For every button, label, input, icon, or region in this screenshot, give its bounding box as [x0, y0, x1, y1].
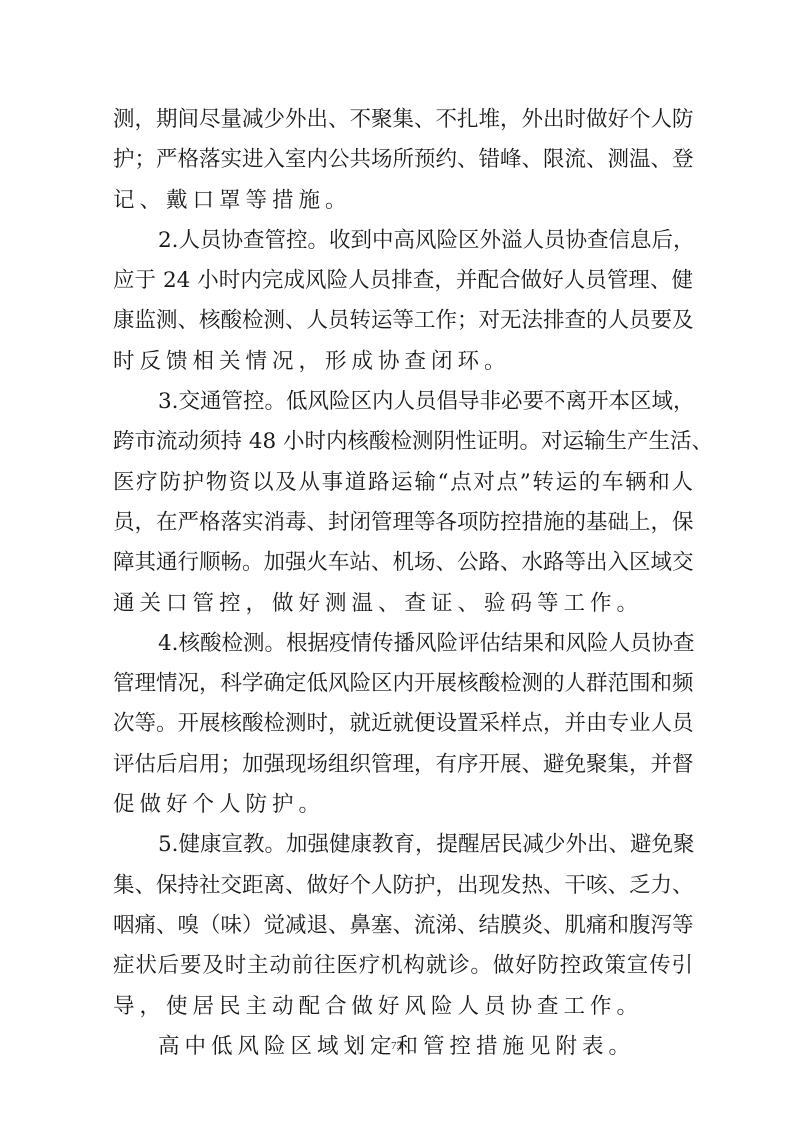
- paragraph-nucleic-acid-testing: 4.核酸检测。根据疫情传播风险评估结果和风险人员协查 管理情况，科学确定低风险区…: [113, 624, 693, 825]
- text-line: 时反馈相关情况，形成协查闭环。: [113, 342, 693, 382]
- text-line: 4.核酸检测。根据疫情传播风险评估结果和风险人员协查: [113, 624, 693, 664]
- paragraph-personnel-check: 2.人员协查管控。收到中高风险区外溢人员协查信息后， 应于 24 小时内完成风险…: [113, 221, 693, 382]
- text-line: 通关口管控，做好测温、查证、验码等工作。: [113, 584, 693, 624]
- paragraph-traffic-control: 3.交通管控。低风险区内人员倡导非必要不离开本区域， 跨市流动须持 48 小时内…: [113, 382, 693, 624]
- text-line: 导，使居民主动配合做好风险人员协查工作。: [113, 987, 693, 1027]
- text-line: 障其通行顺畅。加强火车站、机场、公路、水路等出入区域交: [113, 543, 693, 583]
- text-line: 管理情况，科学确定低风险区内开展核酸检测的人群范围和频: [113, 664, 693, 704]
- text-line: 应于 24 小时内完成风险人员排查，并配合做好人员管理、健: [113, 261, 693, 301]
- page-number: 73: [0, 1040, 793, 1052]
- text-line: 测，期间尽量减少外出、不聚集、不扎堆，外出时做好个人防: [113, 100, 693, 140]
- text-line: 跨市流动须持 48 小时内核酸检测阴性证明。对运输生产生活、: [113, 422, 693, 462]
- text-line: 集、保持社交距离、做好个人防护，出现发热、干咳、乏力、: [113, 866, 693, 906]
- text-line: 5.健康宣教。加强健康教育，提醒居民减少外出、避免聚: [113, 825, 693, 865]
- text-line: 员，在严格落实消毒、封闭管理等各项防控措施的基础上，保: [113, 503, 693, 543]
- text-line: 促做好个人防护。: [113, 785, 693, 825]
- text-line: 评估后启用；加强现场组织管理，有序开展、避免聚集，并督: [113, 745, 693, 785]
- text-line: 次等。开展核酸检测时，就近就便设置采样点，并由专业人员: [113, 704, 693, 744]
- text-line: 咽痛、嗅（味）觉减退、鼻塞、流涕、结膜炎、肌痛和腹泻等: [113, 906, 693, 946]
- paragraph-health-education: 5.健康宣教。加强健康教育，提醒居民减少外出、避免聚 集、保持社交距离、做好个人…: [113, 825, 693, 1026]
- text-line: 记、戴口罩等措施。: [113, 181, 693, 221]
- text-line: 2.人员协查管控。收到中高风险区外溢人员协查信息后，: [113, 221, 693, 261]
- paragraph-continuation: 测，期间尽量减少外出、不聚集、不扎堆，外出时做好个人防 护；严格落实进入室内公共…: [113, 100, 693, 221]
- text-line: 康监测、核酸检测、人员转运等工作；对无法排查的人员要及: [113, 301, 693, 341]
- document-page: 测，期间尽量减少外出、不聚集、不扎堆，外出时做好个人防 护；严格落实进入室内公共…: [0, 0, 793, 1122]
- text-line: 护；严格落实进入室内公共场所预约、错峰、限流、测温、登: [113, 140, 693, 180]
- text-line: 3.交通管控。低风险区内人员倡导非必要不离开本区域，: [113, 382, 693, 422]
- body-text: 测，期间尽量减少外出、不聚集、不扎堆，外出时做好个人防 护；严格落实进入室内公共…: [113, 100, 693, 1067]
- text-line: 医疗防护物资以及从事道路运输“点对点”转运的车辆和人: [113, 463, 693, 503]
- text-line: 症状后要及时主动前往医疗机构就诊。做好防控政策宣传引: [113, 946, 693, 986]
